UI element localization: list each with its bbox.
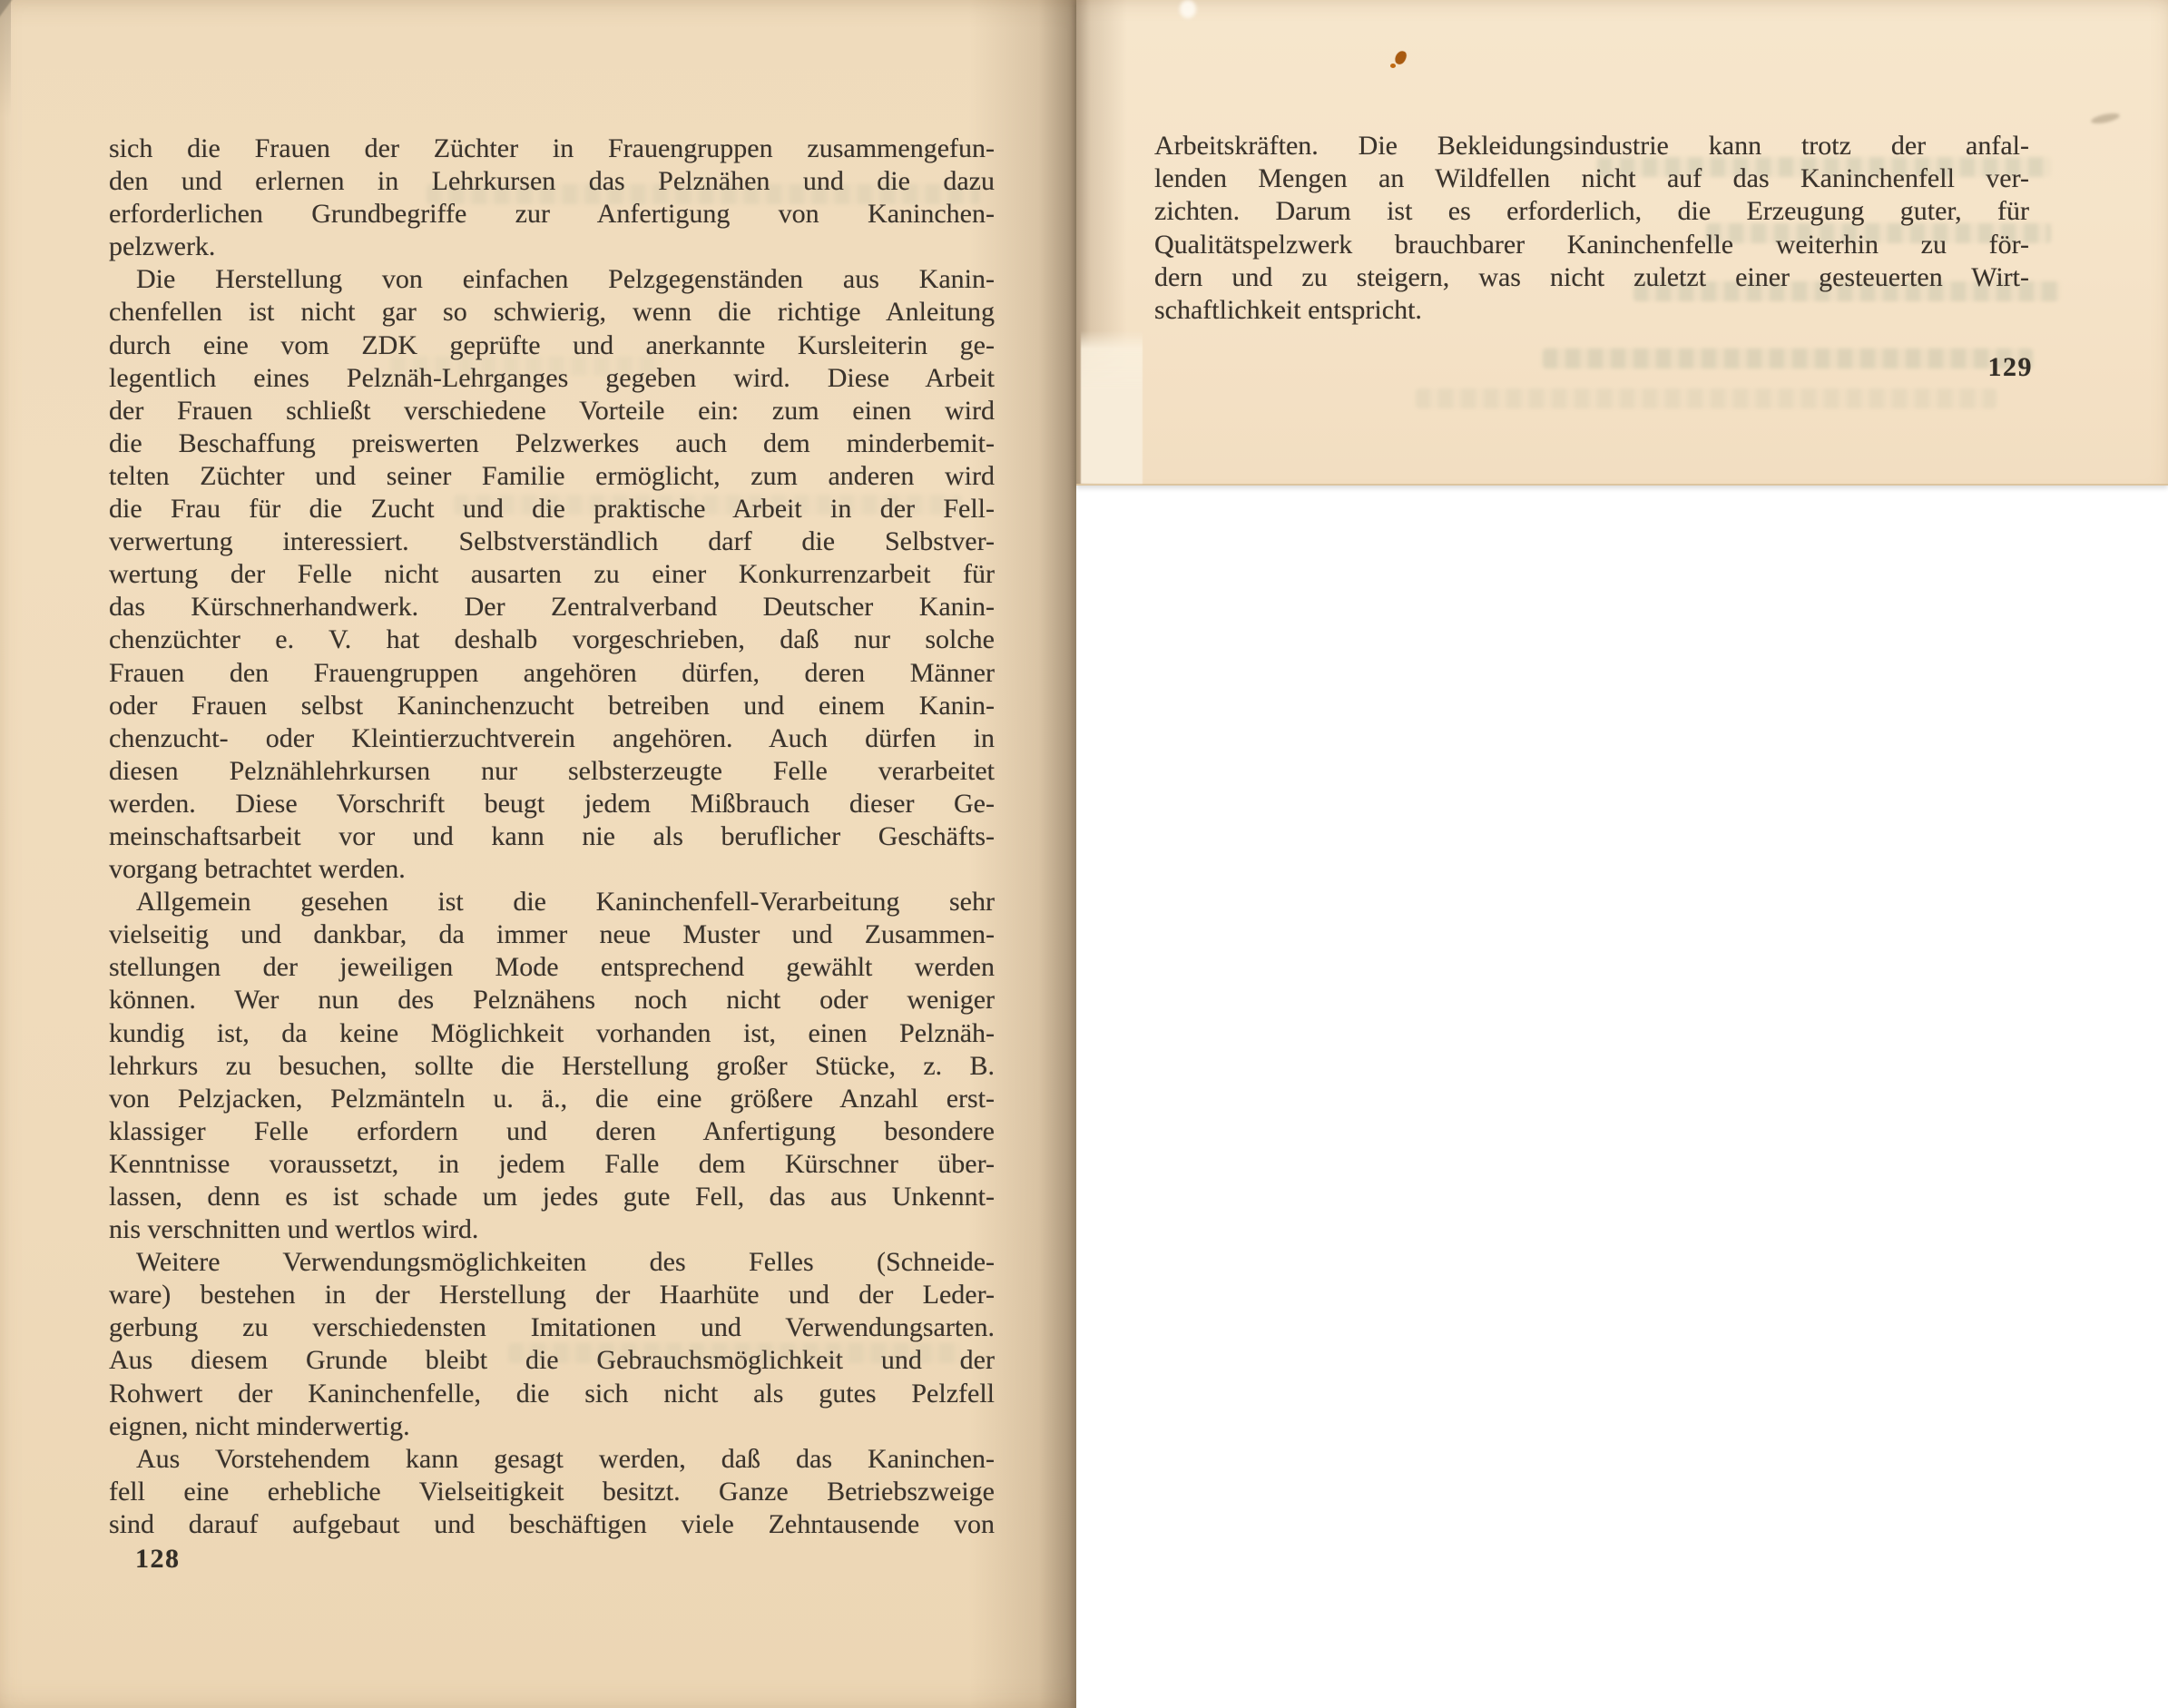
text-line: erforderlichen Grundbegriffe zur Anferti… [109,198,995,231]
text-line: Kenntnisse voraussetzt, in jedem Falle d… [109,1148,995,1181]
orange-ink-stain-dot [1390,64,1396,68]
text-line: diesen Pelznählehrkursen nur selbsterzeu… [109,755,995,788]
text-line: Frauen den Frauengruppen angehören dürfe… [109,657,995,690]
text-line: vorgang betrachtet werden. [109,853,995,886]
text-line: der Frauen schließt verschiedene Vorteil… [109,395,995,427]
text-line: zichten. Darum ist es erforderlich, die … [1154,195,2029,228]
text-line: lehrkurs zu besuchen, sollte die Herstel… [109,1050,995,1083]
right-page-text-column: Arbeitskräften. Die Bekleidungsindustrie… [1154,130,2029,327]
text-line: den und erlernen in Lehrkursen das Pelzn… [109,165,995,198]
text-line: von Pelzjacken, Pelzmänteln u. ä., die e… [109,1083,995,1115]
left-page: sich die Frauen der Züchter in Frauengru… [0,0,1076,1708]
text-line: oder Frauen selbst Kaninchenzucht betrei… [109,690,995,722]
text-line: telten Züchter und seiner Familie ermögl… [109,460,995,493]
text-line: sich die Frauen der Züchter in Frauengru… [109,133,995,165]
text-line: werden. Diese Vorschrift beugt jedem Miß… [109,788,995,820]
text-line: Aus Vorstehendem kann gesagt werden, daß… [109,1443,995,1476]
text-line: kundig ist, da keine Möglichkeit vorhand… [109,1017,995,1050]
text-line: ware) bestehen in der Herstellung der Ha… [109,1279,995,1311]
text-line: Allgemein gesehen ist die Kaninchenfell-… [109,886,995,918]
text-line: gerbung zu verschiedensten Imitationen u… [109,1311,995,1344]
text-line: eignen, nicht minderwertig. [109,1410,995,1443]
text-line: Aus diesem Grunde bleibt die Gebrauchsmö… [109,1344,995,1377]
scanned-book-spread: sich die Frauen der Züchter in Frauengru… [0,0,2168,1708]
text-line: chenfellen ist nicht gar so schwierig, w… [109,296,995,329]
text-line: wertung der Felle nicht ausarten zu eine… [109,558,995,591]
text-line: chenzucht- oder Kleintierzuchtverein ang… [109,722,995,755]
text-line: dern und zu steigern, was nicht zuletzt … [1154,261,2029,294]
underlying-page-edge [1081,330,1143,484]
orange-ink-stain [1394,50,1408,66]
page-number-129: 129 [1924,352,2033,383]
text-line: schaftlichkeit entspricht. [1154,294,2029,327]
text-line: die Beschaffung preiswerten Pelzwerkes a… [109,427,995,460]
left-page-text-column: sich die Frauen der Züchter in Frauengru… [109,133,995,1541]
text-line: verwertung interessiert. Selbstverständl… [109,525,995,558]
text-line: lenden Mengen an Wildfellen nicht auf da… [1154,162,2029,195]
text-line: lassen, denn es ist schade um jedes gute… [109,1181,995,1213]
show-through-text [1416,388,1996,408]
text-line: Die Herstellung von einfachen Pelzgegens… [109,263,995,296]
text-line: fell eine erhebliche Vielseitigkeit besi… [109,1476,995,1508]
text-line: klassiger Felle erfordern und deren Anfe… [109,1115,995,1148]
gray-smudge [2090,112,2120,125]
text-line: Weitere Verwendungsmöglichkeiten des Fel… [109,1246,995,1279]
text-line: stellungen der jeweiligen Mode entsprech… [109,951,995,984]
text-line: vielseitig und dankbar, da immer neue Mu… [109,918,995,951]
page-number-128: 128 [135,1544,181,1575]
text-line: die Frau für die Zucht und die praktisch… [109,493,995,525]
text-line: das Kürschnerhandwerk. Der Zentralverban… [109,591,995,623]
text-line: sind darauf aufgebaut und beschäftigen v… [109,1508,995,1541]
text-line: chenzüchter e. V. hat deshalb vorgeschri… [109,623,995,656]
text-line: meinschaftsarbeit vor und kann nie als b… [109,820,995,853]
paper-speck [1180,0,1196,18]
text-line: können. Wer nun des Pelznähens noch nich… [109,984,995,1016]
text-line: Qualitätspelzwerk brauchbarer Kaninchenf… [1154,229,2029,261]
right-page: Arbeitskräften. Die Bekleidungsindustrie… [1076,0,2168,486]
left-edge-shading [0,0,11,118]
text-line: legentlich eines Pelznäh-Lehrganges gege… [109,362,995,395]
text-line: Arbeitskräften. Die Bekleidungsindustrie… [1154,130,2029,162]
text-line: nis verschnitten und wertlos wird. [109,1213,995,1246]
text-line: durch eine vom ZDK geprüfte und anerkann… [109,329,995,362]
text-line: Rohwert der Kaninchenfelle, die sich nic… [109,1378,995,1410]
text-line: pelzwerk. [109,231,995,263]
